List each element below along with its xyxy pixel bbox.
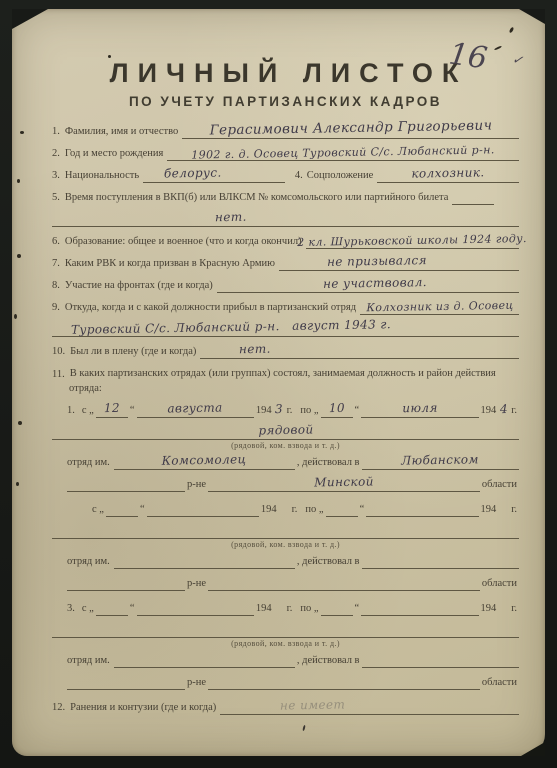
district-label: р-не (187, 676, 206, 690)
entry-3-dates-row: 3. с „ “ 194 г. по „ “ 194 г. (67, 601, 519, 616)
quote-label: “ (355, 404, 360, 418)
entry-1-year-from: 3 (275, 402, 283, 418)
acted-label: , действовал в (297, 654, 360, 668)
oblast-label: области (482, 676, 517, 690)
entry-1-region: Минской (314, 475, 374, 492)
entry-2-area-line (362, 554, 519, 569)
field-4-number: 4. (295, 169, 303, 183)
entry-2-role-row (52, 524, 519, 539)
entry-1-unit: Комсомолец (162, 453, 247, 470)
year-suffix: г. (511, 404, 517, 418)
entry-1-dates-row: 1. с „ 12 “ августа 194 3 г. по „ 10 “ и… (67, 403, 519, 418)
entry-3-month-to-line (361, 601, 478, 616)
entry-2-unit-line (114, 554, 295, 569)
year-suffix: г. (287, 404, 293, 418)
field-6-value: 2 кл. Шурьковской школы 1924 году. (297, 232, 527, 250)
field-4-value: колхозник. (411, 166, 484, 183)
oblast-label: области (482, 577, 517, 591)
quote-label: “ (360, 503, 365, 517)
ink-speck (20, 131, 24, 134)
entry-1-day-from-line: 12 (96, 403, 128, 418)
field-10-number: 10. (52, 345, 65, 359)
entry-1-number: 1. (67, 404, 75, 418)
entry-3-region-row: р-не области (67, 675, 519, 690)
entry-1-role-line: рядовой (52, 425, 519, 440)
year-prefix: 194 (481, 404, 497, 418)
field-9-value: Колхозник из д. Осовец (366, 298, 513, 315)
entry-1-year-to-gap: 4 (498, 404, 509, 418)
field-9-row2: Туровский С/с. Любанский р-н. август 194… (52, 322, 519, 337)
role-caption: (рядовой, ком. взвода и т. д.) (52, 639, 519, 648)
year-prefix: 194 (481, 602, 497, 616)
quote-label: “ (130, 602, 135, 616)
field-12-line: не имеет (220, 700, 519, 715)
entry-3-role-row (52, 623, 519, 638)
field-5-row: 5. Время поступления в ВКП(б) или ВЛКСМ … (52, 190, 519, 205)
field-7-label: Каким РВК и когда призван в Красную Арми… (65, 257, 275, 271)
field-4-line: колхозник. (377, 168, 519, 183)
field-6-label: Образование: общее и военное (что и когд… (65, 235, 302, 249)
to-label: по „ (300, 404, 318, 418)
ink-speck (16, 482, 19, 486)
field-6-number: 6. (52, 235, 60, 249)
entry-3-year-from-gap (274, 602, 285, 616)
entry-3-month-from-line (137, 601, 254, 616)
acted-label: , действовал в (297, 456, 360, 470)
field-5-row2: нет. (52, 212, 519, 227)
unit-label: отряд им. (67, 555, 110, 569)
field-1-row: 1. Фамилия, имя и отчество Герасимович А… (52, 124, 519, 139)
field-8-value: не участвовал. (322, 276, 426, 293)
field-9-line2: Туровский С/с. Любанский р-н. август 194… (52, 322, 519, 337)
to-label: по „ (305, 503, 323, 517)
field-5-line (452, 190, 494, 205)
entry-3-day-from-line (96, 601, 128, 616)
field-7-value: не призывался (327, 254, 427, 271)
field-9-row: 9. Откуда, когда и с какой должности при… (52, 300, 519, 315)
entry-2-dates-row: с „ “ 194 г. по „ “ 194 г. (67, 502, 519, 517)
field-11-row2: отряда: (52, 382, 519, 396)
year-suffix: г. (287, 602, 293, 616)
year-prefix: 194 (481, 503, 497, 517)
field-2-value: 1902 г. д. Осовец Туровский С/с. Любанск… (191, 143, 495, 163)
year-suffix: г. (511, 503, 517, 517)
entry-2-day-to-line (326, 502, 358, 517)
entry-3-region-line (208, 675, 480, 690)
field-11-label: В каких партизанских отрядах (или группа… (70, 366, 515, 381)
quote-label: “ (355, 602, 360, 616)
entry-1-unit-line: Комсомолец (114, 455, 295, 470)
field-12-row: 12. Ранения и контузии (где и когда) не … (52, 700, 519, 715)
entry-2-day-from-line (106, 502, 138, 517)
quote-label: “ (130, 404, 135, 418)
field-3-value: белорус. (164, 166, 222, 183)
torn-corner-bottom-right (521, 742, 545, 756)
field-6-line: 2 кл. Шурьковской школы 1924 году. (306, 234, 519, 249)
entry-1-month-to-line: июля (361, 403, 478, 418)
entry-1-day-to: 10 (328, 401, 344, 417)
field-1-value: Герасимович Александр Григорьевич (209, 118, 492, 140)
entry-3-area-line (362, 653, 519, 668)
acted-label: , действовал в (297, 555, 360, 569)
quote-label: “ (140, 503, 145, 517)
field-5-label: Время поступления в ВКП(б) или ВЛКСМ № к… (65, 191, 449, 205)
year-suffix: г. (511, 602, 517, 616)
entry-1-year-to: 4 (500, 402, 508, 418)
role-caption: (рядовой, ком. взвода и т. д.) (52, 540, 519, 549)
entry-2-region-line (208, 576, 480, 591)
entry-1-region-line: Минской (208, 477, 480, 492)
entry-2-region-row: р-не области (67, 576, 519, 591)
entry-2-unit-row: отряд им. , действовал в (67, 554, 519, 569)
field-6-row: 6. Образование: общее и военное (что и к… (52, 234, 519, 249)
unit-label: отряд им. (67, 654, 110, 668)
year-prefix: 194 (256, 404, 272, 418)
entry-2-month-to-line (366, 502, 478, 517)
entry-3-unit-line (114, 653, 295, 668)
entry-1-blank-line (67, 477, 185, 492)
field-5-line2: нет. (52, 212, 519, 227)
entry-2-year-from-gap (279, 503, 290, 517)
entry-1-area-line: Любанском (362, 455, 519, 470)
from-label: с „ (82, 602, 94, 616)
entry-1-role: рядовой (258, 423, 313, 440)
field-9-number: 9. (52, 301, 60, 315)
field-8-number: 8. (52, 279, 60, 293)
entry-3-day-to-line (321, 601, 353, 616)
field-12-value: не имеет (280, 698, 346, 715)
field-9-label: Откуда, когда и с какой должности прибыл… (65, 301, 356, 315)
unit-label: отряд им. (67, 456, 110, 470)
entry-3-year-to-gap (498, 602, 509, 616)
entry-2-role-line (52, 524, 519, 539)
entry-1-month-to: июля (402, 401, 438, 417)
ink-speck (18, 421, 22, 425)
field-11-number: 11. (52, 368, 65, 382)
entry-1-unit-row: отряд им. Комсомолец , действовал в Люба… (67, 455, 519, 470)
ink-speck (17, 179, 20, 183)
field-2-line: 1902 г. д. Осовец Туровский С/с. Любанск… (167, 146, 519, 161)
year-prefix: 194 (256, 602, 272, 616)
entry-2-blank-line (67, 576, 185, 591)
entry-1-month-from-line: августа (137, 403, 254, 418)
field-10-value: нет. (239, 342, 271, 358)
field-3-line: белорус. (143, 168, 285, 183)
field-11-label2: отряда: (69, 382, 102, 396)
field-9-line: Колхозник из д. Осовец (360, 300, 519, 315)
field-8-row: 8. Участие на фронтах (где и когда) не у… (52, 278, 519, 293)
to-label: по „ (300, 602, 318, 616)
entry-1-role-row: рядовой (52, 425, 519, 440)
field-1-line: Герасимович Александр Григорьевич (182, 124, 519, 139)
field-10-label: Был ли в плену (где и когда) (70, 345, 196, 359)
field-7-number: 7. (52, 257, 60, 271)
field-2-number: 2. (52, 147, 60, 161)
document-paper: 16 ✓ ЛИЧНЫЙ ЛИСТОК ПО УЧЕТУ ПАРТИЗАНСКИХ… (12, 9, 545, 756)
district-label: р-не (187, 478, 206, 492)
district-label: р-не (187, 577, 206, 591)
field-12-label: Ранения и контузии (где и когда) (70, 701, 216, 715)
field-3-label: Национальность (65, 169, 139, 183)
field-3-4-row: 3. Национальность белорус. 4. Соцположен… (52, 168, 519, 183)
field-12-number: 12. (52, 701, 65, 715)
torn-corner-top-right (519, 9, 545, 24)
entry-3-unit-row: отряд им. , действовал в (67, 653, 519, 668)
entry-1-region-row: р-не Минской области (67, 477, 519, 492)
field-1-label: Фамилия, имя и отчество (65, 125, 178, 139)
field-8-label: Участие на фронтах (где и когда) (65, 279, 213, 293)
oblast-label: области (482, 478, 517, 492)
entry-3-number: 3. (67, 602, 75, 616)
field-5-number: 5. (52, 191, 60, 205)
field-2-label: Год и место рождения (65, 147, 163, 161)
field-5-value: нет. (215, 210, 247, 226)
field-8-line: не участвовал. (217, 278, 519, 293)
field-2-row: 2. Год и место рождения 1902 г. д. Осове… (52, 146, 519, 161)
entry-1-day-from: 12 (104, 401, 120, 417)
ink-speck (17, 254, 21, 258)
entry-1-month-from: августа (167, 401, 222, 418)
year-prefix: 194 (261, 503, 277, 517)
field-11-row: 11. В каких партизанских отрядах (или гр… (52, 366, 519, 381)
form-title: ЛИЧНЫЙ ЛИСТОК (52, 58, 519, 89)
form-subtitle: ПО УЧЕТУ ПАРТИЗАНСКИХ КАДРОВ (52, 94, 519, 109)
entry-2-year-to-gap (498, 503, 509, 517)
field-4-label: Соцположение (307, 169, 374, 183)
entry-1-day-to-line: 10 (321, 403, 353, 418)
torn-corner-top-left (12, 9, 48, 29)
entry-1-area: Любанском (401, 453, 479, 470)
field-1-number: 1. (52, 125, 60, 139)
field-3-number: 3. (52, 169, 60, 183)
field-9-value2: Туровский С/с. Любанский р-н. август 194… (71, 318, 391, 339)
scan-background: 16 ✓ ЛИЧНЫЙ ЛИСТОК ПО УЧЕТУ ПАРТИЗАНСКИХ… (0, 0, 557, 768)
entry-3-blank-line (67, 675, 185, 690)
entry-1-year-from-gap: 3 (274, 404, 285, 418)
field-7-row: 7. Каким РВК и когда призван в Красную А… (52, 256, 519, 271)
form-content: ЛИЧНЫЙ ЛИСТОК ПО УЧЕТУ ПАРТИЗАНСКИХ КАДР… (52, 18, 519, 742)
role-caption: (рядовой, ком. взвода и т. д.) (52, 441, 519, 450)
field-10-row: 10. Был ли в плену (где и когда) нет. (52, 344, 519, 359)
from-label: с „ (92, 503, 104, 517)
year-suffix: г. (292, 503, 298, 517)
from-label: с „ (82, 404, 94, 418)
field-7-line: не призывался (279, 256, 519, 271)
entry-2-month-from-line (147, 502, 259, 517)
field-10-line: нет. (200, 344, 519, 359)
entry-3-role-line (52, 623, 519, 638)
ink-speck (14, 314, 17, 319)
